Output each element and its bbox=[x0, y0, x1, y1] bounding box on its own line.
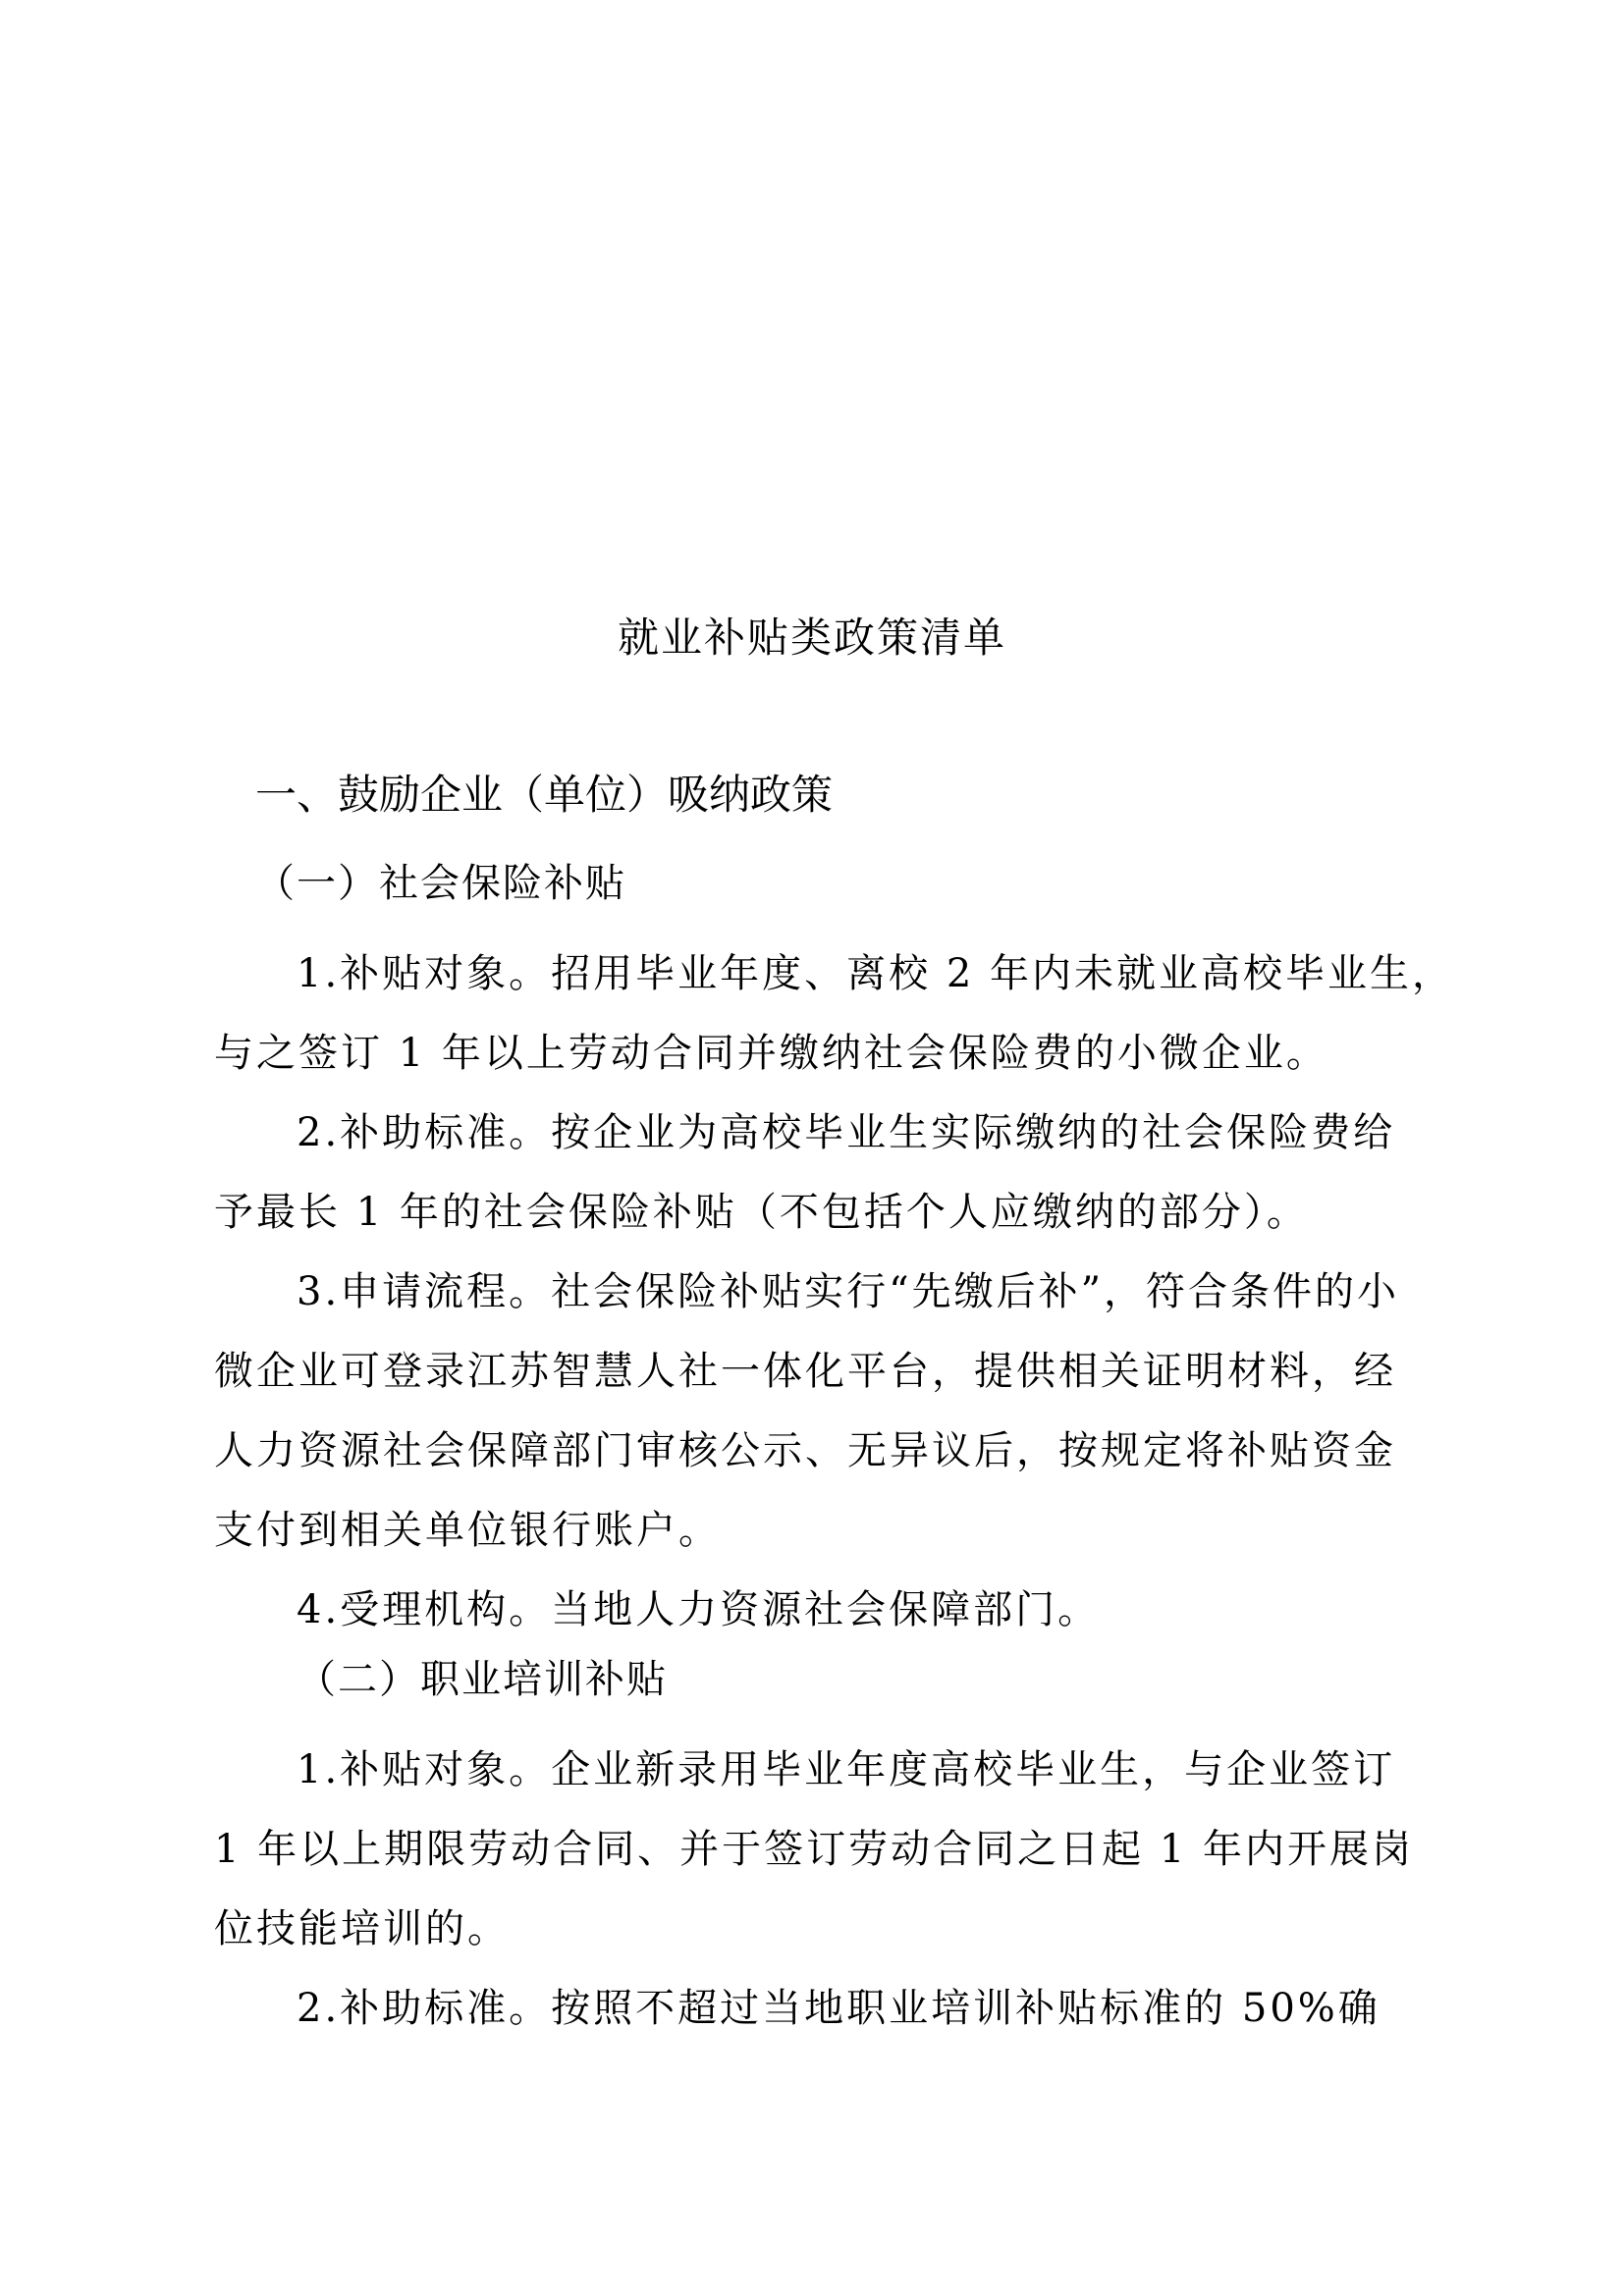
document-page: 就业补贴类政策清单 一、鼓励企业（单位）吸纳政策 （一）社会保险补贴 1.补贴对… bbox=[0, 0, 1624, 2296]
paragraph-line: 予最长 1 年的社会保险补贴（不包括个人应缴纳的部分）。 bbox=[214, 1173, 1430, 1253]
paragraph-line: 1.补贴对象。企业新录用毕业年度高校毕业生，与企业签订 bbox=[214, 1731, 1430, 1810]
document-body: 一、鼓励企业（单位）吸纳政策 （一）社会保险补贴 1.补贴对象。招用毕业年度、离… bbox=[214, 764, 1430, 2049]
document-title: 就业补贴类政策清单 bbox=[0, 609, 1624, 667]
paragraph-line: 人力资源社会保障部门审核公示、无异议后，按规定将补贴资金 bbox=[214, 1412, 1430, 1491]
paragraph-subsidy-target: 1.补贴对象。招用毕业年度、离校 2 年内未就业高校毕业生， 与之签订 1 年以… bbox=[214, 934, 1430, 1094]
section-heading-encourage-enterprises: 一、鼓励企业（单位）吸纳政策 bbox=[255, 764, 1430, 827]
paragraph-line: 4.受理机构。当地人力资源社会保障部门。 bbox=[214, 1571, 1430, 1650]
paragraph-application-process: 3.申请流程。社会保险补贴实行“先缴后补”，符合条件的小 微企业可登录江苏智慧人… bbox=[214, 1253, 1430, 1571]
paragraph-training-subsidy-standard: 2.补助标准。按照不超过当地职业培训补贴标准的 50%确 bbox=[214, 1969, 1430, 2049]
paragraph-subsidy-standard: 2.补助标准。按企业为高校毕业生实际缴纳的社会保险费给 予最长 1 年的社会保险… bbox=[214, 1094, 1430, 1253]
paragraph-line: 1.补贴对象。招用毕业年度、离校 2 年内未就业高校毕业生， bbox=[214, 934, 1430, 1014]
paragraph-handling-agency: 4.受理机构。当地人力资源社会保障部门。 bbox=[214, 1571, 1430, 1650]
paragraph-line: 2.补助标准。按照不超过当地职业培训补贴标准的 50%确 bbox=[214, 1969, 1430, 2049]
paragraph-line: 2.补助标准。按企业为高校毕业生实际缴纳的社会保险费给 bbox=[214, 1094, 1430, 1173]
paragraph-training-subsidy-target: 1.补贴对象。企业新录用毕业年度高校毕业生，与企业签订 1 年以上期限劳动合同、… bbox=[214, 1731, 1430, 1969]
paragraph-line: 位技能培训的。 bbox=[214, 1890, 1430, 1969]
paragraph-line: 支付到相关单位银行账户。 bbox=[214, 1491, 1430, 1571]
paragraph-line: 与之签订 1 年以上劳动合同并缴纳社会保险费的小微企业。 bbox=[214, 1014, 1430, 1094]
paragraph-line: 1 年以上期限劳动合同、并于签订劳动合同之日起 1 年内开展岗 bbox=[214, 1810, 1430, 1890]
subsection-heading-social-insurance: （一）社会保险补贴 bbox=[255, 854, 1430, 913]
paragraph-line: 微企业可登录江苏智慧人社一体化平台，提供相关证明材料，经 bbox=[214, 1332, 1430, 1412]
paragraph-line: 3.申请流程。社会保险补贴实行“先缴后补”，符合条件的小 bbox=[214, 1253, 1430, 1332]
subsection-heading-vocational-training: （二）职业培训补贴 bbox=[297, 1650, 1430, 1709]
